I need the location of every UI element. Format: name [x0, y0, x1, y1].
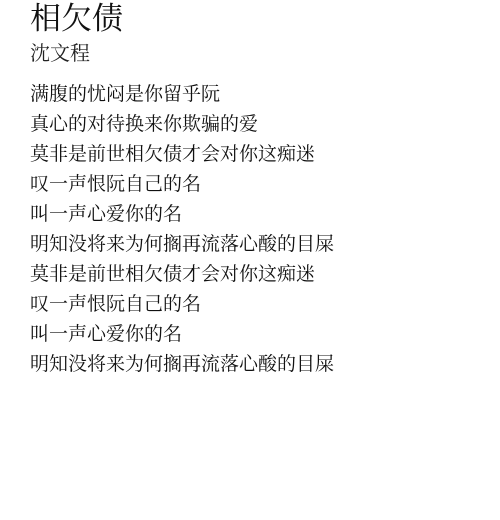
lyric-line: 明知没将来为何搁再流落心酸的目屎 [30, 229, 334, 259]
lyric-line: 叫一声心爱你的名 [30, 319, 334, 349]
lyric-line: 莫非是前世相欠债才会对你这痴迷 [30, 259, 334, 289]
lyrics-list: 满腹的忧闷是你留乎阮 真心的对待换来你欺骗的爱 莫非是前世相欠债才会对你这痴迷 … [30, 79, 334, 379]
lyric-line: 真心的对待换来你欺骗的爱 [30, 109, 334, 139]
song-artist: 沈文程 [30, 40, 90, 66]
lyric-line: 明知没将来为何搁再流落心酸的目屎 [30, 349, 334, 379]
lyric-line: 满腹的忧闷是你留乎阮 [30, 79, 334, 109]
lyric-line: 莫非是前世相欠债才会对你这痴迷 [30, 139, 334, 169]
lyric-line: 叹一声恨阮自己的名 [30, 289, 334, 319]
lyric-line: 叫一声心爱你的名 [30, 199, 334, 229]
song-title: 相欠债 [30, 0, 123, 38]
lyric-line: 叹一声恨阮自己的名 [30, 169, 334, 199]
